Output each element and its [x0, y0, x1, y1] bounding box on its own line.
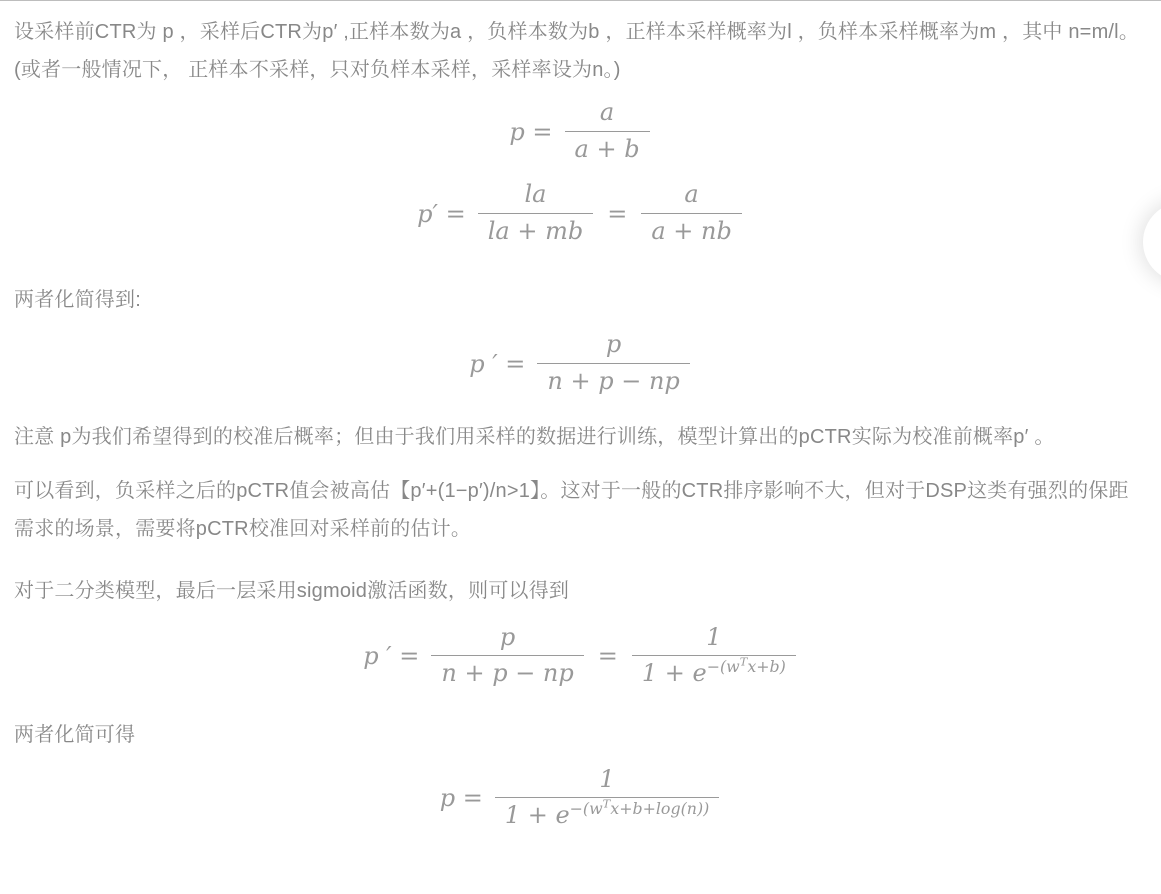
fraction-numerator: a: [641, 181, 742, 213]
formula-lhs: p′ =: [417, 200, 466, 228]
fraction-denominator: n + p − np: [431, 655, 583, 688]
paragraph-overestimate-dsp: 可以看到，负采样之后的pCTR值会被高估【p′+(1−p′)/n>1】。这对于一…: [14, 472, 1145, 548]
fraction-denominator: n + p − np: [537, 363, 689, 396]
article-content: 设采样前CTR为 p ，采样后CTR为p′ ,正样本数为a ，负样本数为b ，正…: [0, 0, 1161, 832]
fraction-numerator: 1: [632, 624, 796, 656]
exponent: −(wTx+b): [707, 657, 786, 676]
formula-calibrated-sigmoid: p =11 + e−(wTx+b+log(n)): [14, 768, 1145, 832]
fraction-numerator: la: [478, 181, 593, 213]
fraction-numerator: p: [431, 624, 583, 656]
formula-lhs: p =: [509, 118, 552, 146]
fraction: aa + b: [565, 99, 650, 163]
exponent-post: x+b): [747, 657, 786, 676]
equals-sign: =: [607, 200, 627, 228]
formula-ctr-before-sampling: p =aa + b: [14, 101, 1145, 165]
paragraph-sampling-setup: 设采样前CTR为 p ，采样后CTR为p′ ,正样本数为a ，负样本数为b ，正…: [14, 13, 1145, 89]
formula-lhs: p =: [440, 784, 483, 812]
denominator-base: 1 + e: [642, 659, 707, 687]
formula-lhs: p ′ =: [469, 350, 525, 378]
exponent-post: x+b+log(n)): [610, 799, 709, 818]
fraction: aa + nb: [641, 181, 742, 245]
paragraph-note-calibration: 注意 p为我们希望得到的校准后概率；但由于我们用采样的数据进行训练，模型计算出的…: [14, 418, 1145, 456]
paragraph-simplify-again: 两者化简可得: [14, 716, 1145, 754]
exponent-pre: −(w: [707, 657, 740, 676]
exponent: −(wTx+b+log(n)): [570, 799, 710, 818]
formula-sigmoid-equivalence: p ′ =pn + p − np=11 + e−(wTx+b): [14, 626, 1145, 690]
fraction-numerator: p: [537, 331, 689, 363]
formula-ctr-after-sampling: p′ =lala + mb=aa + nb: [14, 183, 1145, 247]
fraction-denominator: 1 + e−(wTx+b+log(n)): [495, 797, 719, 830]
fraction: 11 + e−(wTx+b+log(n)): [495, 766, 719, 830]
paragraph-simplify-intro: 两者化简得到:: [14, 281, 1145, 319]
fraction: lala + mb: [478, 181, 593, 245]
exponent-pre: −(w: [570, 799, 603, 818]
fraction-denominator: 1 + e−(wTx+b): [632, 655, 796, 688]
fraction-numerator: a: [565, 99, 650, 131]
page-top-border: [0, 0, 1161, 1]
formula-p-prime-simplified: p ′ =pn + p − np: [14, 333, 1145, 397]
fraction-numerator: 1: [495, 766, 719, 798]
equals-sign: =: [598, 642, 618, 670]
fraction-denominator: a + b: [565, 131, 650, 164]
fraction-denominator: a + nb: [641, 213, 742, 246]
paragraph-sigmoid-intro: 对于二分类模型，最后一层采用sigmoid激活函数，则可以得到: [14, 572, 1145, 610]
fraction: 11 + e−(wTx+b): [632, 624, 796, 688]
fraction: pn + p − np: [431, 624, 583, 688]
fraction: pn + p − np: [537, 331, 689, 395]
formula-lhs: p ′ =: [363, 642, 419, 670]
denominator-base: 1 + e: [505, 801, 570, 829]
fraction-denominator: la + mb: [478, 213, 593, 246]
